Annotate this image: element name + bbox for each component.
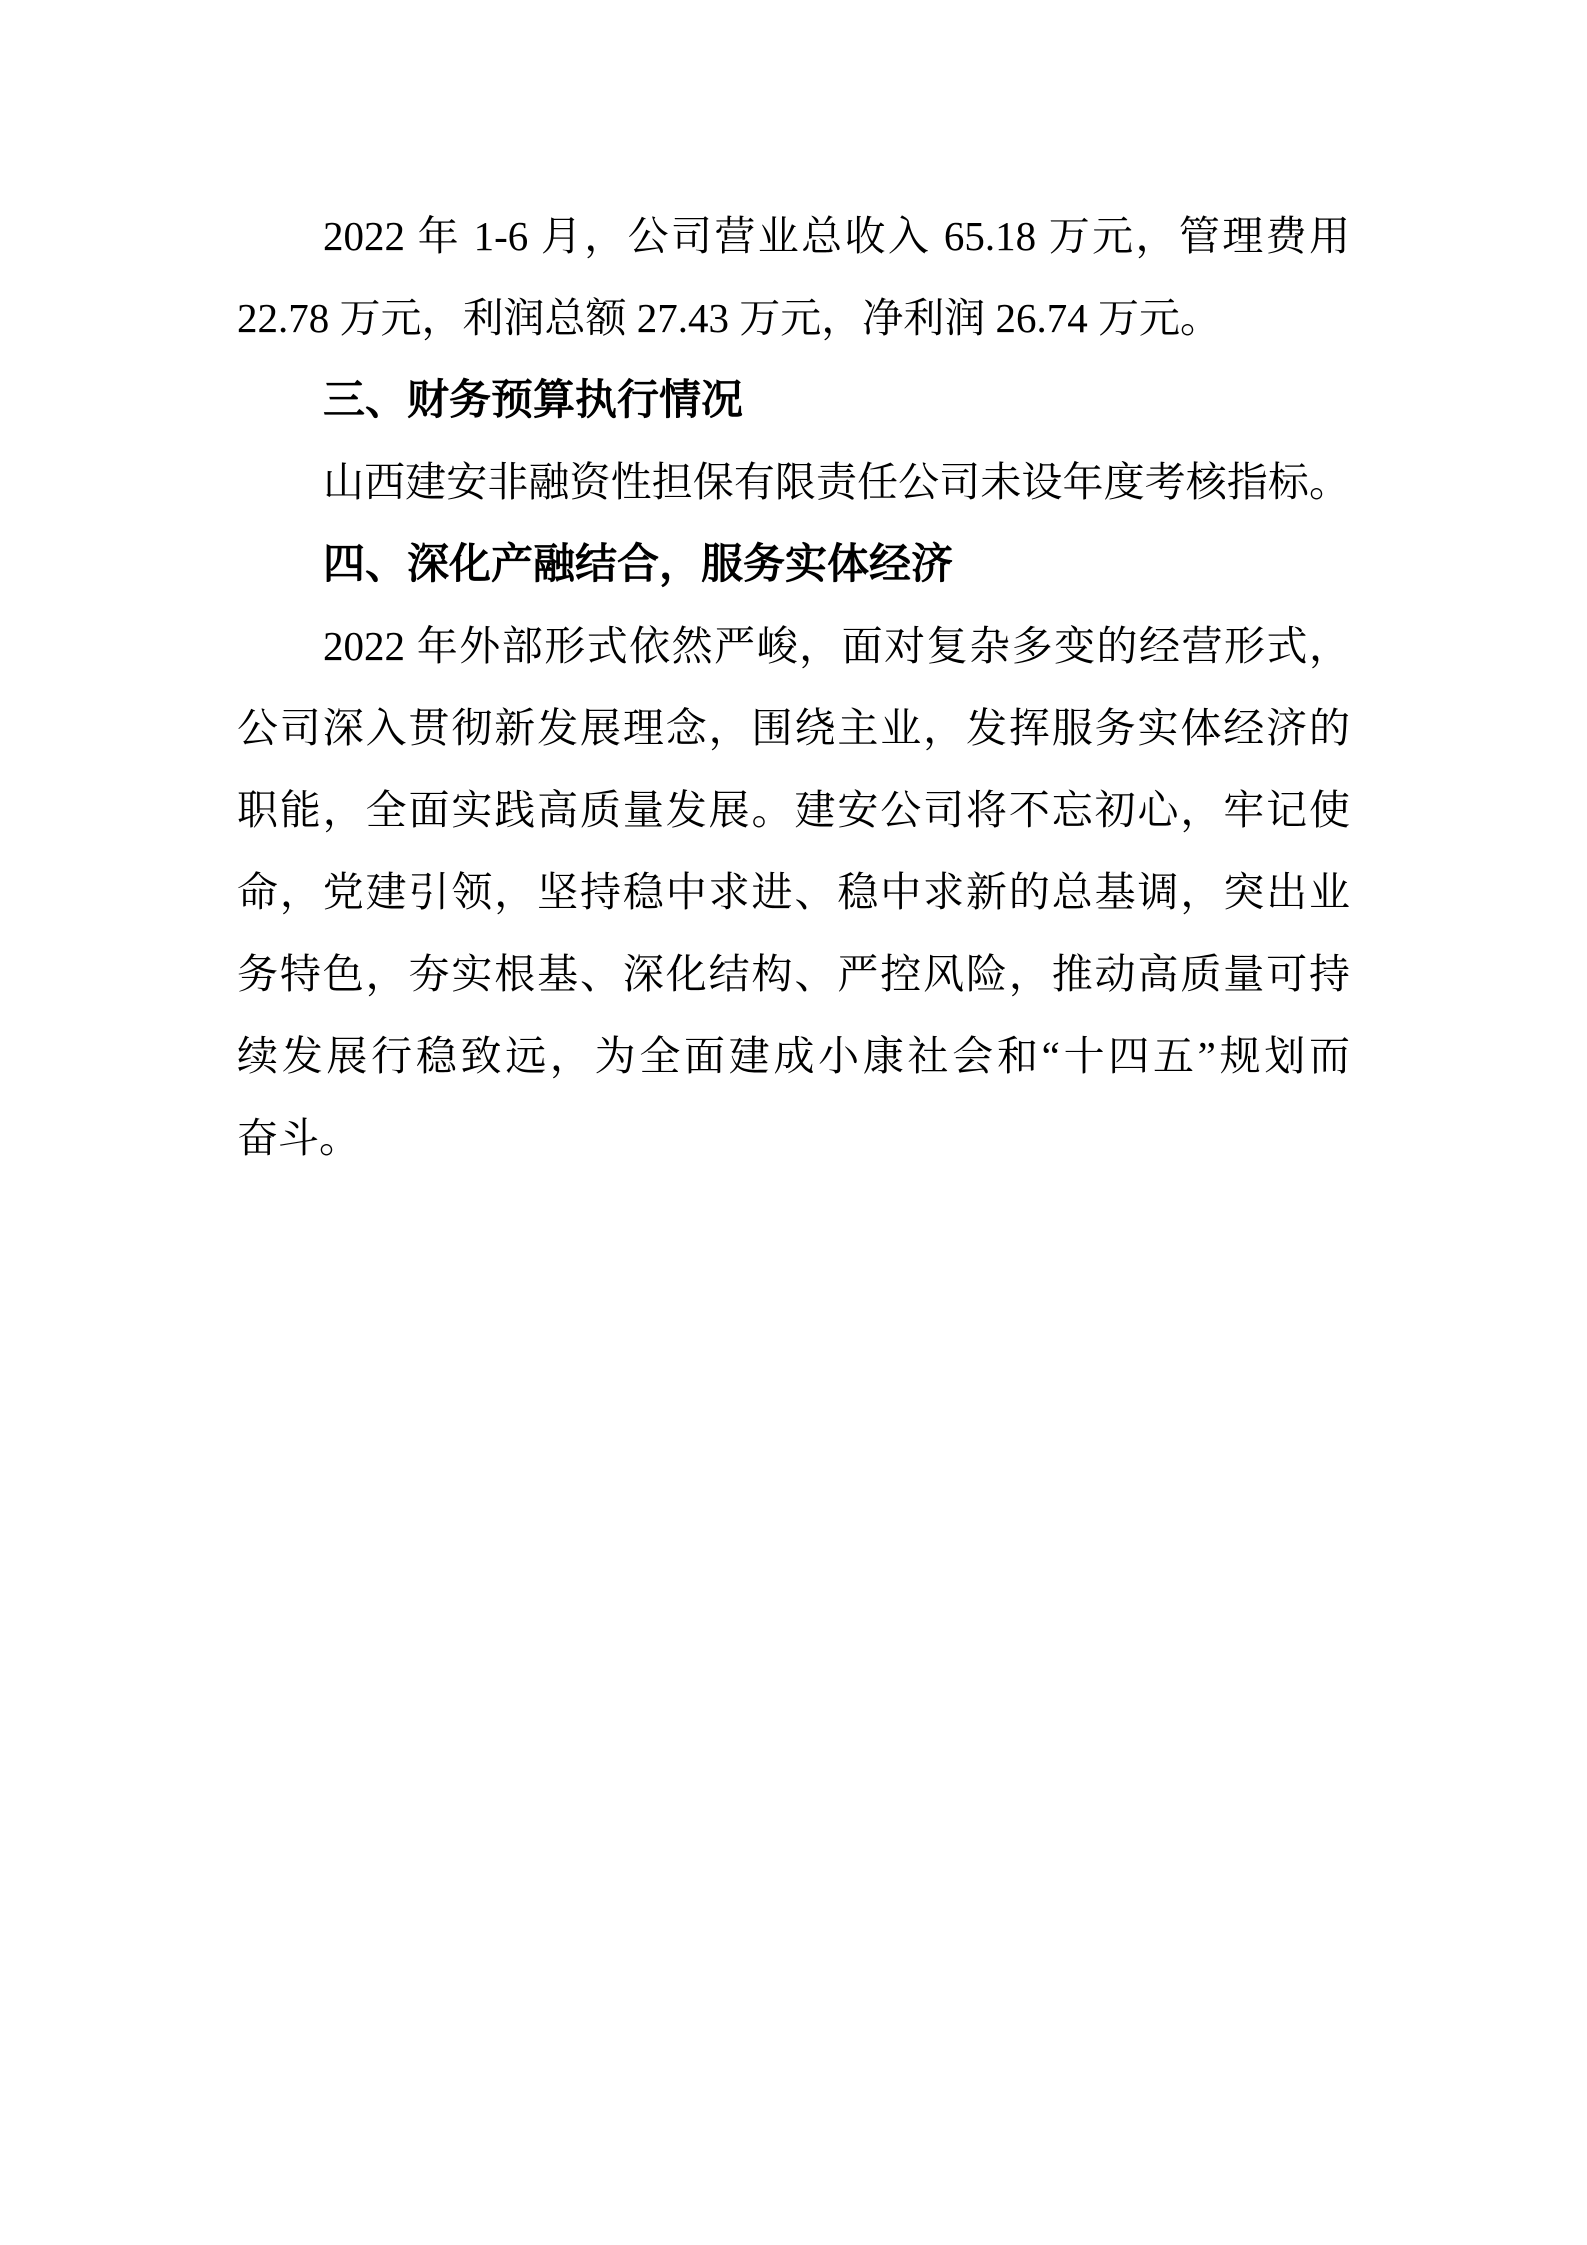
paragraph-line: 2022 年外部形式依然严峻，面对复杂多变的经营形式， xyxy=(237,605,1350,687)
paragraph-line: 续发展行稳致远，为全面建成小康社会和“十四五”规划而 xyxy=(237,1015,1350,1097)
paragraph-line: 2022 年 1-6 月，公司营业总收入 65.18 万元，管理费用 xyxy=(237,195,1350,277)
paragraph-line: 命，党建引领，坚持稳中求进、稳中求新的总基调，突出业 xyxy=(237,851,1350,933)
paragraph-line: 22.78 万元，利润总额 27.43 万元，净利润 26.74 万元。 xyxy=(237,277,1350,359)
document-text-block: 2022 年 1-6 月，公司营业总收入 65.18 万元，管理费用 22.78… xyxy=(237,195,1350,1179)
paragraph-line: 务特色，夯实根基、深化结构、严控风险，推动高质量可持 xyxy=(237,933,1350,1015)
paragraph-line: 职能，全面实践高质量发展。建安公司将不忘初心，牢记使 xyxy=(237,769,1350,851)
paragraph-line: 公司深入贯彻新发展理念，围绕主业，发挥服务实体经济的 xyxy=(237,687,1350,769)
section-heading-4: 四、深化产融结合，服务实体经济 xyxy=(237,523,1350,605)
paragraph-line: 奋斗。 xyxy=(237,1097,1350,1179)
paragraph-line: 山西建安非融资性担保有限责任公司未设年度考核指标。 xyxy=(237,441,1350,523)
document-page: 2022 年 1-6 月，公司营业总收入 65.18 万元，管理费用 22.78… xyxy=(0,0,1587,2245)
section-heading-3: 三、财务预算执行情况 xyxy=(237,359,1350,441)
